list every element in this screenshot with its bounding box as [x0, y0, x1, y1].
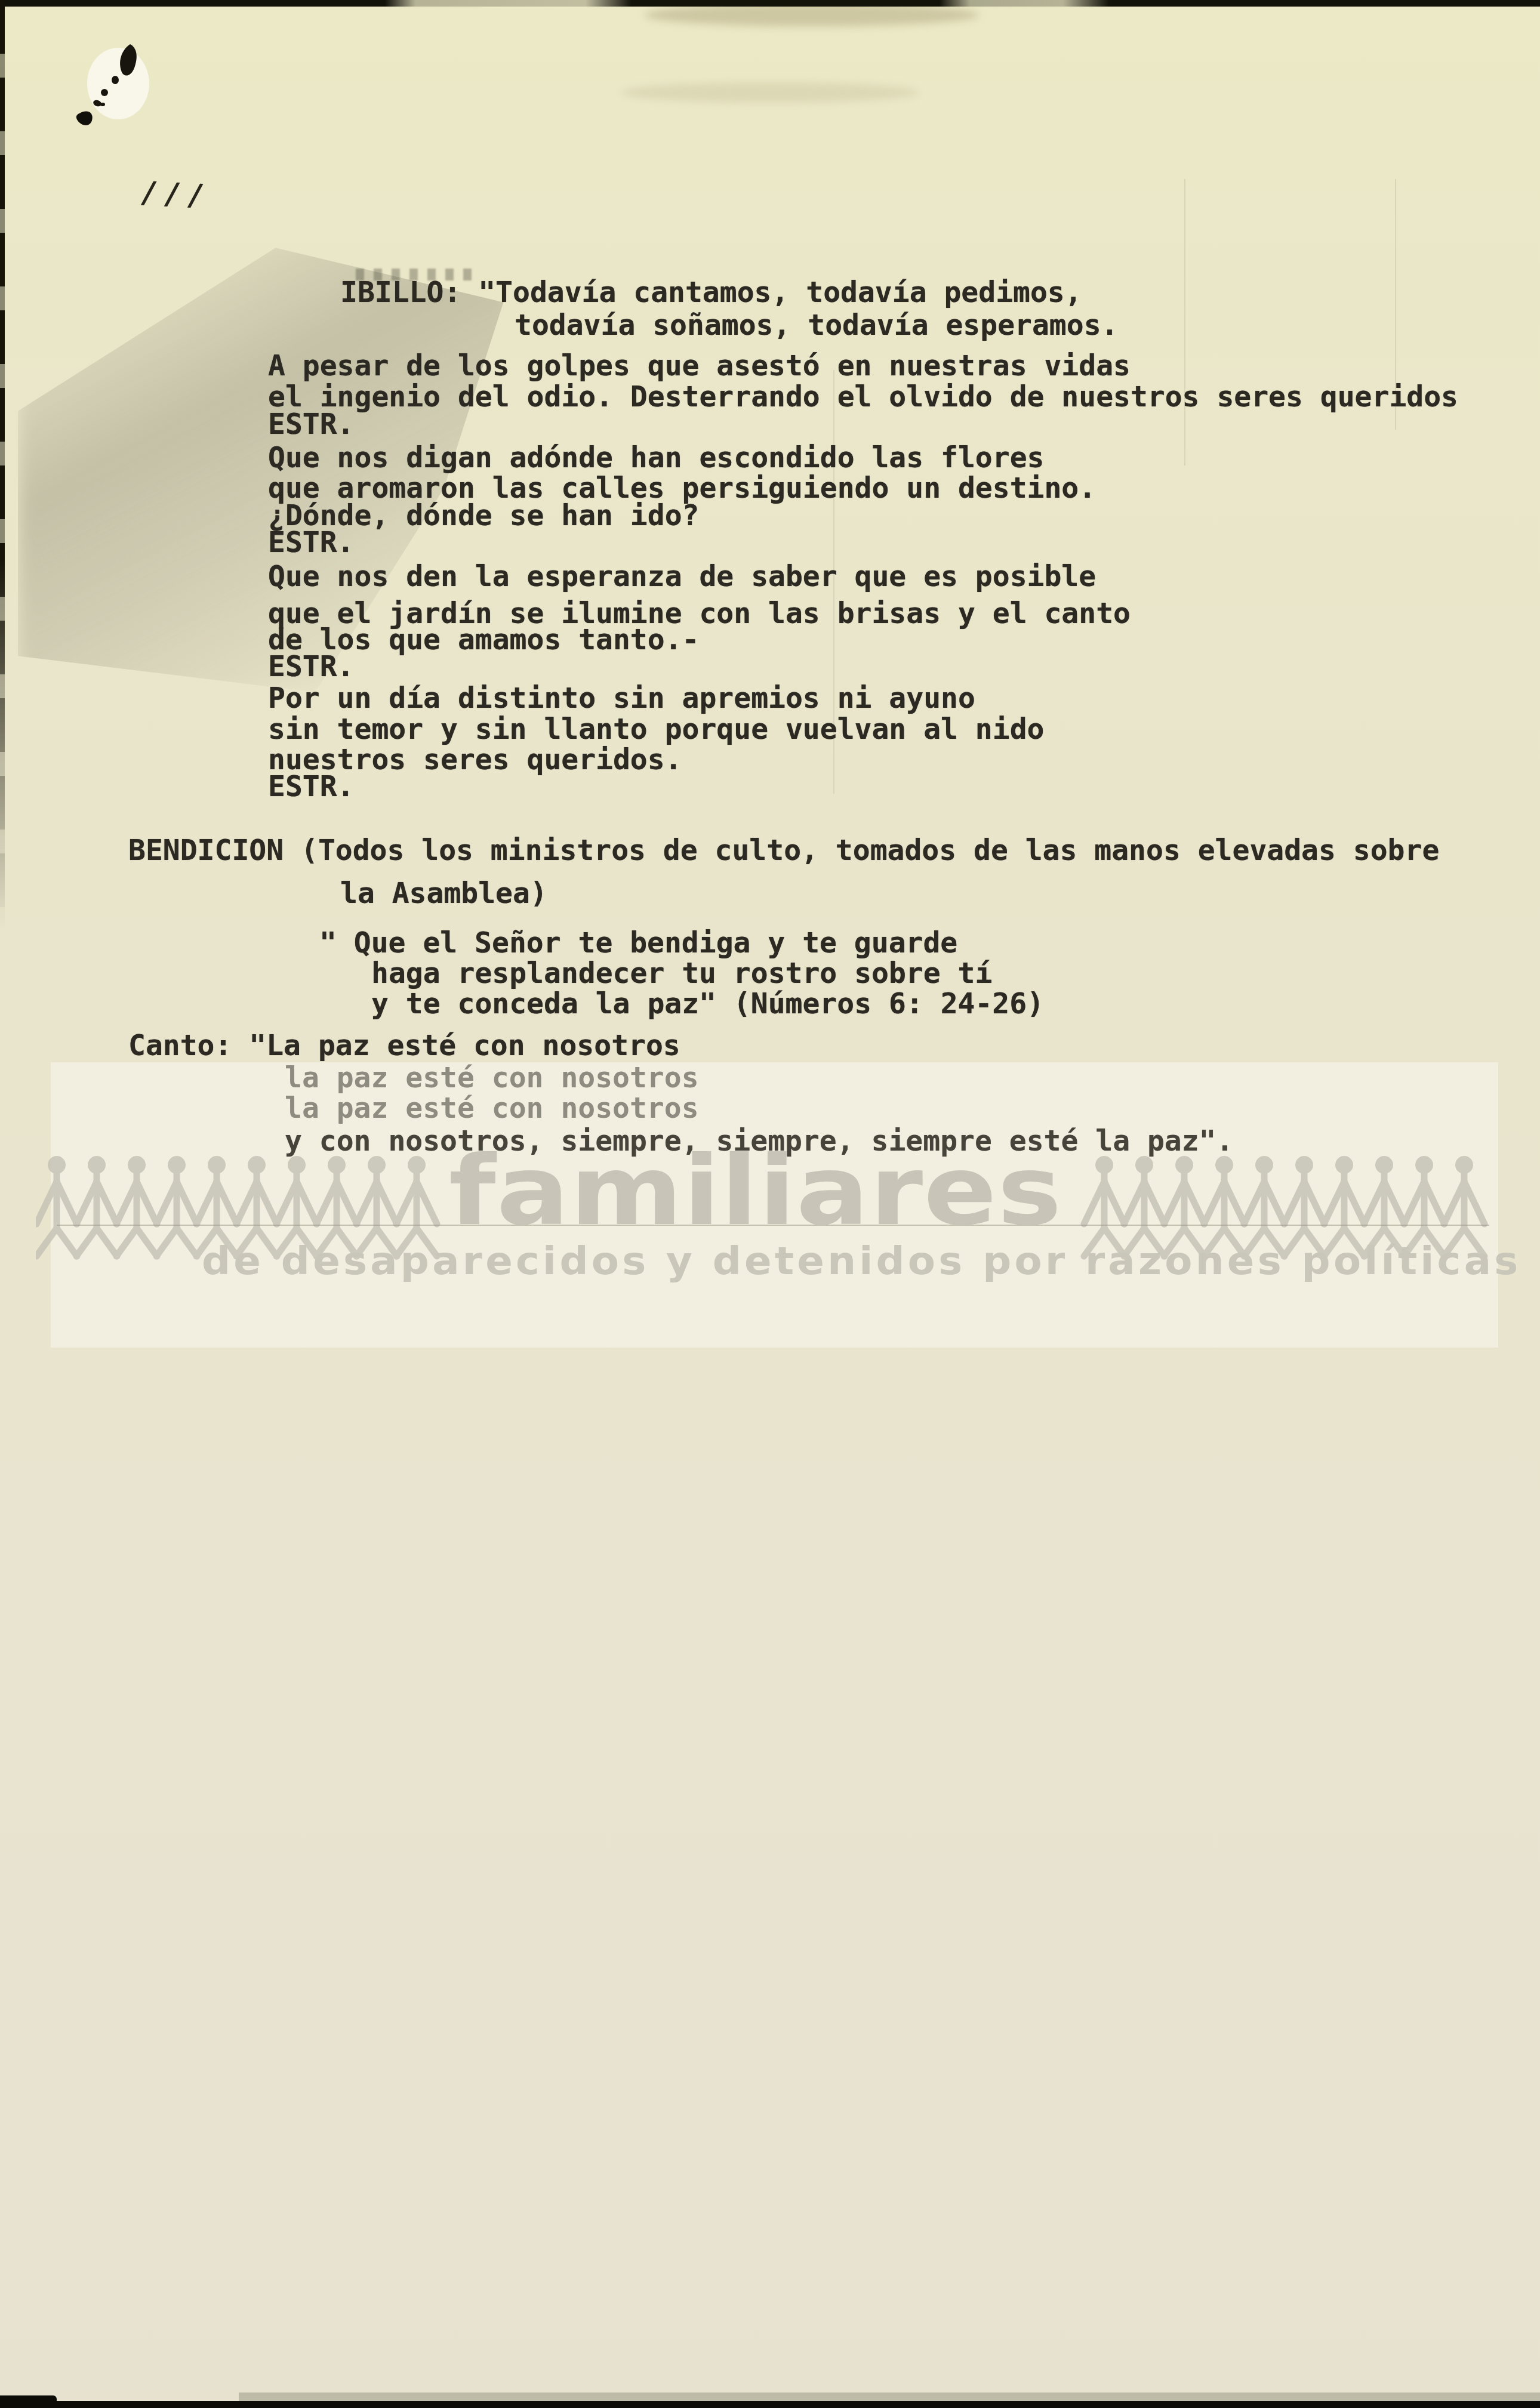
scan-bottom-edge	[0, 2401, 1540, 2408]
typed-line: la Asamblea)	[340, 878, 547, 908]
typed-line: ESTR.	[268, 652, 355, 682]
typed-line: Que nos den la esperanza de saber que es…	[268, 562, 1096, 591]
scanned-document-page: familiares de desaparecidos y detenidos …	[0, 0, 1540, 2408]
typed-line: ESTR.	[268, 528, 355, 557]
typed-line: ESTR.	[268, 772, 355, 801]
typed-line: todavía soñamos, todavía esperamos.	[515, 310, 1118, 340]
typed-line: Canto: "La paz esté con nosotros	[128, 1031, 680, 1060]
typed-line: y con nosotros, siempre, siempre, siempr…	[285, 1126, 1233, 1156]
typed-line: " Que el Señor te bendiga y te guarde	[319, 928, 957, 958]
typed-line: haga resplandecer tu rostro sobre tí	[371, 958, 992, 988]
typed-line: A pesar de los golpes que asestó en nues…	[268, 351, 1131, 381]
typed-line: IBILLO: "Todavía cantamos, todavía pedim…	[340, 278, 1082, 307]
paper-crease	[1184, 179, 1185, 465]
scan-left-edge	[0, 0, 5, 931]
typed-line: la paz esté con nosotros	[285, 1063, 699, 1093]
scanner-platen-strip	[239, 2392, 1540, 2401]
ink-blot-marks	[60, 18, 239, 215]
typed-line: el ingenio del odio. Desterrando el olvi…	[268, 382, 1458, 412]
scan-bottom-corner	[0, 2395, 57, 2408]
pencil-smudge	[621, 82, 919, 103]
typed-line: ESTR.	[268, 409, 355, 439]
typed-line: Por un día distinto sin apremios ni ayun…	[268, 683, 975, 713]
typed-line: la paz esté con nosotros	[285, 1093, 699, 1123]
typed-line: sin temor y sin llanto porque vuelvan al…	[268, 714, 1044, 744]
typed-line: BENDICION (Todos los ministros de culto,…	[128, 835, 1439, 865]
typed-line: Que nos digan adónde han escondido las f…	[268, 443, 1044, 473]
pencil-smudge	[645, 4, 979, 26]
watermark-subtitle-text: de desaparecidos y detenidos por razones…	[202, 1242, 1521, 1281]
typed-line: y te conceda la paz" (Números 6: 24-26)	[371, 989, 1044, 1019]
scan-top-edge	[0, 0, 1540, 7]
watermark-brand-text: familiares	[449, 1143, 1062, 1239]
